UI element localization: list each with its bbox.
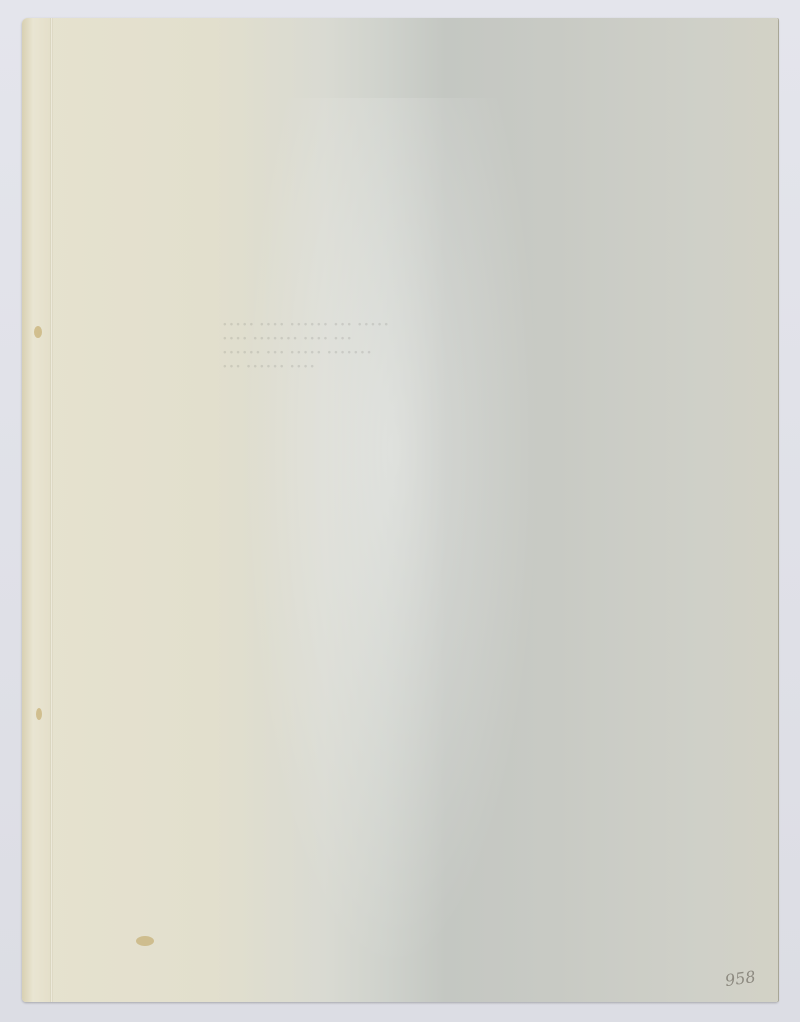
booklet-back-cover: ∙∙∙∙∙ ∙∙∙∙ ∙∙∙∙∙∙ ∙∙∙ ∙∙∙∙∙∙∙∙∙ ∙∙∙∙∙∙∙ … bbox=[22, 18, 778, 1002]
handwritten-number: 958 bbox=[724, 967, 757, 990]
spine-edge bbox=[22, 18, 50, 1002]
stain-spot bbox=[136, 936, 154, 946]
light-glare bbox=[242, 98, 542, 978]
stain-spot bbox=[36, 708, 42, 720]
stain-spot bbox=[34, 326, 42, 338]
spine-fold-line bbox=[50, 18, 53, 1002]
bleed-through-text: ∙∙∙∙∙ ∙∙∙∙ ∙∙∙∙∙∙ ∙∙∙ ∙∙∙∙∙∙∙∙∙ ∙∙∙∙∙∙∙ … bbox=[222, 318, 582, 374]
